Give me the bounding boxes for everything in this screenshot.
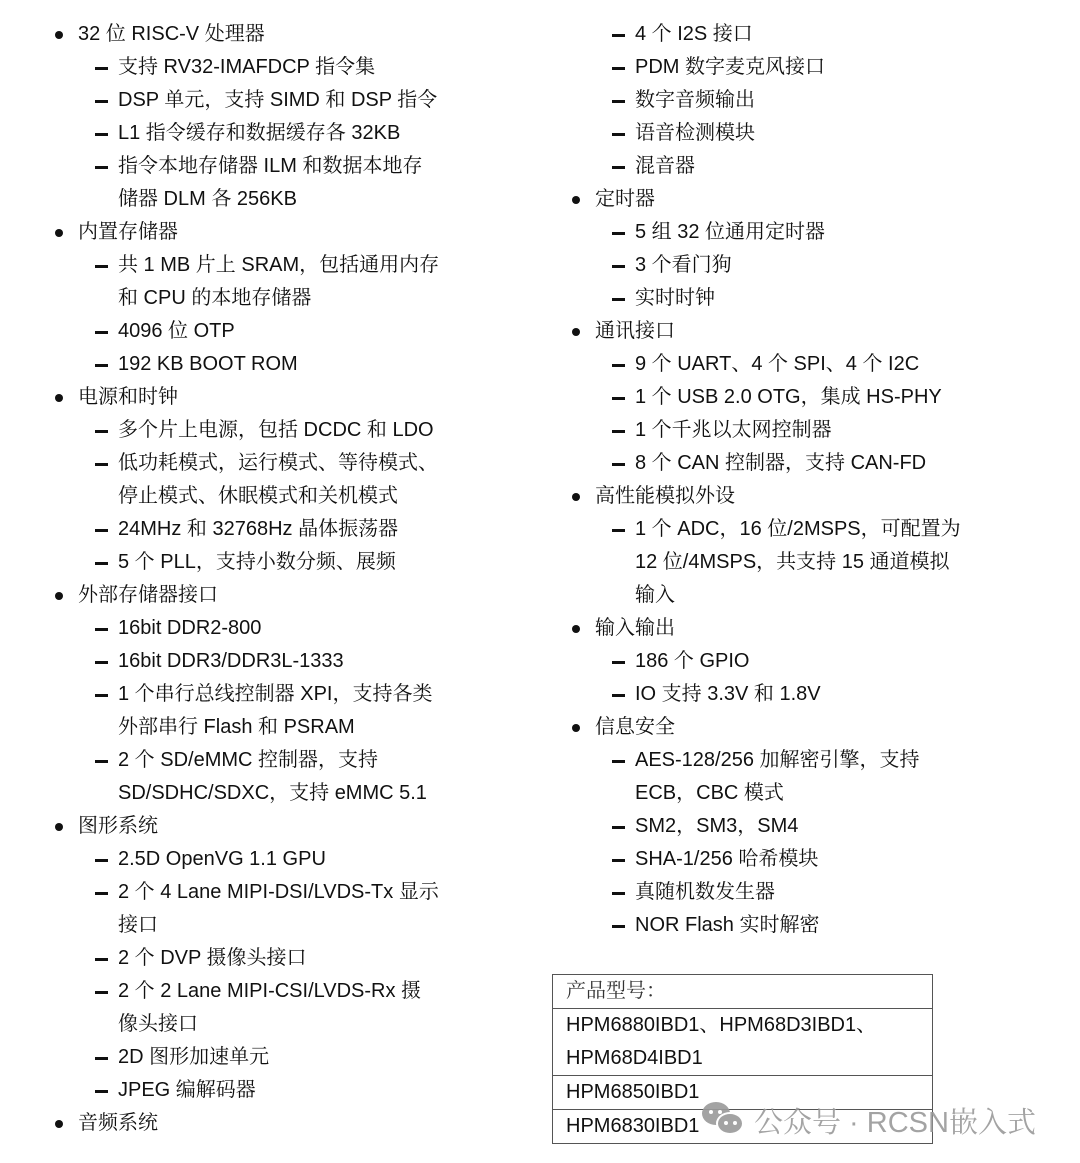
bullet-icon [55,1120,63,1128]
dash-icon [612,925,625,928]
bullet-icon [572,328,580,336]
feature-heading-text: 图形系统 [78,815,158,837]
feature-item: 多个片上电源，包括 DCDC 和 LDO [52,414,472,447]
feature-item: 2 个 DVP 摄像头接口 [52,942,472,975]
feature-item: 4096 位 OTP [52,315,472,348]
feature-item: 2D 图形加速单元 [52,1041,472,1074]
feature-item: 8 个 CAN 控制器，支持 CAN-FD [569,447,989,480]
feature-item-text: 像头接口 [118,1013,198,1035]
feature-item: 共 1 MB 片上 SRAM，包括通用内存 [52,249,472,282]
model-text: HPM6880IBD1、HPM68D3IBD1、 [566,1009,919,1042]
dash-icon [612,859,625,862]
wechat-icon [702,1102,746,1138]
feature-item-continuation: 接口 [52,909,472,942]
feature-item-text: 9 个 UART、4 个 SPI、4 个 I2C [635,353,919,375]
feature-item-text: 支持 RV32-IMAFDCP 指令集 [118,56,375,78]
feature-item: 1 个 USB 2.0 OTG，集成 HS-PHY [569,381,989,414]
feature-item-text: 1 个串行总线控制器 XPI，支持各类 [118,683,432,705]
feature-heading-text: 电源和时钟 [78,386,178,408]
dash-icon [612,100,625,103]
feature-heading: 外部存储器接口 [52,579,472,612]
feature-item: 2 个 SD/eMMC 控制器，支持 [52,744,472,777]
feature-item: 5 个 PLL，支持小数分频、展频 [52,546,472,579]
dash-icon [612,133,625,136]
dash-icon [95,991,108,994]
feature-item-text: 186 个 GPIO [635,650,750,672]
feature-item: L1 指令缓存和数据缓存各 32KB [52,117,472,150]
dash-icon [95,661,108,664]
feature-item-text: 4 个 I2S 接口 [635,23,753,45]
feature-heading-text: 内置存储器 [78,221,178,243]
watermark-text: 公众号 · RCSN嵌入式 [754,1100,1036,1141]
feature-item-text: 4096 位 OTP [118,320,235,342]
feature-item-text: 语音检测模块 [635,122,755,144]
dash-icon [612,463,625,466]
feature-item-text: AES-128/256 加解密引擎，支持 [635,749,920,771]
feature-heading-text: 输入输出 [595,617,675,639]
feature-list-left: 32 位 RISC-V 处理器 支持 RV32-IMAFDCP 指令集 DSP … [52,18,472,1140]
feature-item: 支持 RV32-IMAFDCP 指令集 [52,51,472,84]
feature-item-text: 5 组 32 位通用定时器 [635,221,825,243]
feature-item: SM2，SM3，SM4 [569,810,989,843]
feature-item-continuation: 和 CPU 的本地存储器 [52,282,472,315]
feature-item-text: 1 个 ADC，16 位/2MSPS，可配置为 [635,518,961,540]
dash-icon [612,232,625,235]
feature-item: 1 个 ADC，16 位/2MSPS，可配置为 [569,513,989,546]
feature-heading: 内置存储器 [52,216,472,249]
feature-item-text: 12 位/4MSPS，共支持 15 通道模拟 [635,551,950,573]
feature-item-continuation: ECB，CBC 模式 [569,777,989,810]
feature-heading: 输入输出 [569,612,989,645]
bullet-icon [55,592,63,600]
feature-item-continuation: 外部串行 Flash 和 PSRAM [52,711,472,744]
dash-icon [95,529,108,532]
bullet-icon [572,724,580,732]
feature-item-text: 24MHz 和 32768Hz 晶体振荡器 [118,518,398,540]
feature-heading-text: 定时器 [595,188,655,210]
feature-item-text: DSP 单元，支持 SIMD 和 DSP 指令 [118,89,437,111]
feature-item-text: 输入 [635,584,675,606]
feature-item: 语音检测模块 [569,117,989,150]
feature-item-text: 共 1 MB 片上 SRAM，包括通用内存 [118,254,439,276]
dash-icon [612,430,625,433]
feature-item-text: SHA-1/256 哈希模块 [635,848,818,870]
feature-item-continuation: 12 位/4MSPS，共支持 15 通道模拟 [569,546,989,579]
dash-icon [612,892,625,895]
table-header-row: 产品型号： [553,975,933,1009]
bullet-icon [572,625,580,633]
table-row: HPM6880IBD1、HPM68D3IBD1、 HPM68D4IBD1 [553,1009,933,1076]
model-text: HPM68D4IBD1 [566,1042,919,1075]
feature-item-text: 低功耗模式，运行模式、等待模式、 [118,452,438,474]
feature-item: SHA-1/256 哈希模块 [569,843,989,876]
feature-item-text: 真随机数发生器 [635,881,775,903]
feature-item-text: L1 指令缓存和数据缓存各 32KB [118,122,400,144]
bullet-icon [572,493,580,501]
feature-item-text: 数字音频输出 [635,89,755,111]
feature-item: 数字音频输出 [569,84,989,117]
feature-item: IO 支持 3.3V 和 1.8V [569,678,989,711]
dash-icon [95,430,108,433]
feature-item-text: 1 个千兆以太网控制器 [635,419,832,441]
dash-icon [612,661,625,664]
dash-icon [95,265,108,268]
feature-item-text: NOR Flash 实时解密 [635,914,819,936]
feature-list-right: 4 个 I2S 接口 PDM 数字麦克风接口 数字音频输出 语音检测模块 混音器… [569,18,989,942]
feature-item: AES-128/256 加解密引擎，支持 [569,744,989,777]
feature-item-text: IO 支持 3.3V 和 1.8V [635,683,821,705]
feature-item-continuation: 输入 [569,579,989,612]
table-header-cell: 产品型号： [553,975,933,1009]
feature-item: NOR Flash 实时解密 [569,909,989,942]
dash-icon [612,397,625,400]
feature-item: PDM 数字麦克风接口 [569,51,989,84]
dash-icon [95,694,108,697]
feature-item-text: PDM 数字麦克风接口 [635,56,825,78]
feature-item-continuation: 储器 DLM 各 256KB [52,183,472,216]
feature-item-text: 多个片上电源，包括 DCDC 和 LDO [118,419,434,441]
dash-icon [612,826,625,829]
feature-item-text: 储器 DLM 各 256KB [118,188,297,210]
feature-item-text: 接口 [118,914,158,936]
feature-heading: 32 位 RISC-V 处理器 [52,18,472,51]
dash-icon [95,67,108,70]
feature-item-text: 16bit DDR3/DDR3L-1333 [118,650,344,672]
feature-item: 真随机数发生器 [569,876,989,909]
feature-item-text: 2D 图形加速单元 [118,1046,269,1068]
bullet-icon [55,31,63,39]
feature-heading-text: 通讯接口 [595,320,675,342]
feature-item: 混音器 [569,150,989,183]
feature-heading: 音频系统 [52,1107,472,1140]
feature-item-text: JPEG 编解码器 [118,1079,256,1101]
feature-item: 2 个 4 Lane MIPI-DSI/LVDS-Tx 显示 [52,876,472,909]
feature-item: 2 个 2 Lane MIPI-CSI/LVDS-Rx 摄 [52,975,472,1008]
feature-item: 2.5D OpenVG 1.1 GPU [52,843,472,876]
dash-icon [612,34,625,37]
dash-icon [95,760,108,763]
feature-heading: 图形系统 [52,810,472,843]
table-cell: HPM6880IBD1、HPM68D3IBD1、 HPM68D4IBD1 [553,1009,933,1076]
feature-item: 5 组 32 位通用定时器 [569,216,989,249]
dash-icon [95,859,108,862]
feature-item-text: 停止模式、休眠模式和关机模式 [118,485,398,507]
feature-item: 16bit DDR2-800 [52,612,472,645]
feature-item: DSP 单元，支持 SIMD 和 DSP 指令 [52,84,472,117]
feature-heading: 信息安全 [569,711,989,744]
dash-icon [612,166,625,169]
dash-icon [95,1090,108,1093]
feature-item: JPEG 编解码器 [52,1074,472,1107]
feature-item: 4 个 I2S 接口 [569,18,989,51]
feature-item-text: 2 个 2 Lane MIPI-CSI/LVDS-Rx 摄 [118,980,421,1002]
bullet-icon [55,394,63,402]
feature-item-text: 外部串行 Flash 和 PSRAM [118,716,355,738]
feature-item-text: 混音器 [635,155,695,177]
feature-item-text: 2 个 4 Lane MIPI-DSI/LVDS-Tx 显示 [118,881,439,903]
watermark: 公众号 · RCSN嵌入式 [702,1100,1036,1140]
dash-icon [612,694,625,697]
feature-item-text: 2 个 DVP 摄像头接口 [118,947,307,969]
feature-item-continuation: SD/SDHC/SDXC，支持 eMMC 5.1 [52,777,472,810]
feature-heading-text: 高性能模拟外设 [595,485,735,507]
feature-item-text: SD/SDHC/SDXC，支持 eMMC 5.1 [118,782,427,804]
feature-heading-text: 信息安全 [595,716,675,738]
feature-heading: 高性能模拟外设 [569,480,989,513]
dash-icon [95,1057,108,1060]
feature-item-text: SM2，SM3，SM4 [635,815,798,837]
feature-item-text: 2.5D OpenVG 1.1 GPU [118,848,326,870]
feature-item-text: 192 KB BOOT ROM [118,353,298,375]
dash-icon [95,892,108,895]
feature-heading: 通讯接口 [569,315,989,348]
dash-icon [95,364,108,367]
feature-item-continuation: 像头接口 [52,1008,472,1041]
feature-item-text: 1 个 USB 2.0 OTG，集成 HS-PHY [635,386,942,408]
dash-icon [612,265,625,268]
dash-icon [612,67,625,70]
bullet-icon [55,823,63,831]
feature-item: 16bit DDR3/DDR3L-1333 [52,645,472,678]
feature-item-continuation: 停止模式、休眠模式和关机模式 [52,480,472,513]
feature-item: 1 个千兆以太网控制器 [569,414,989,447]
feature-heading: 定时器 [569,183,989,216]
feature-item: 192 KB BOOT ROM [52,348,472,381]
bullet-icon [572,196,580,204]
feature-item-text: 指令本地存储器 ILM 和数据本地存 [118,155,422,177]
feature-item-text: 8 个 CAN 控制器，支持 CAN-FD [635,452,926,474]
feature-heading-text: 外部存储器接口 [78,584,218,606]
feature-item-text: ECB，CBC 模式 [635,782,784,804]
feature-heading-text: 32 位 RISC-V 处理器 [78,23,265,45]
feature-item-text: 16bit DDR2-800 [118,617,261,639]
feature-heading: 电源和时钟 [52,381,472,414]
dash-icon [95,562,108,565]
feature-item: 24MHz 和 32768Hz 晶体振荡器 [52,513,472,546]
feature-item: 低功耗模式，运行模式、等待模式、 [52,447,472,480]
feature-item: 1 个串行总线控制器 XPI，支持各类 [52,678,472,711]
dash-icon [95,166,108,169]
feature-heading-text: 音频系统 [78,1112,158,1134]
feature-item-text: 2 个 SD/eMMC 控制器，支持 [118,749,378,771]
dash-icon [612,298,625,301]
feature-item-text: 3 个看门狗 [635,254,732,276]
dash-icon [95,463,108,466]
feature-item-text: 5 个 PLL，支持小数分频、展频 [118,551,396,573]
feature-item: 3 个看门狗 [569,249,989,282]
feature-item-text: 实时时钟 [635,287,715,309]
dash-icon [612,364,625,367]
dash-icon [612,529,625,532]
feature-item-text: 和 CPU 的本地存储器 [118,287,311,309]
dash-icon [95,958,108,961]
dash-icon [95,100,108,103]
dash-icon [95,628,108,631]
dash-icon [95,133,108,136]
dash-icon [612,760,625,763]
feature-item: 指令本地存储器 ILM 和数据本地存 [52,150,472,183]
feature-item: 实时时钟 [569,282,989,315]
feature-item: 186 个 GPIO [569,645,989,678]
bullet-icon [55,229,63,237]
feature-item: 9 个 UART、4 个 SPI、4 个 I2C [569,348,989,381]
dash-icon [95,331,108,334]
